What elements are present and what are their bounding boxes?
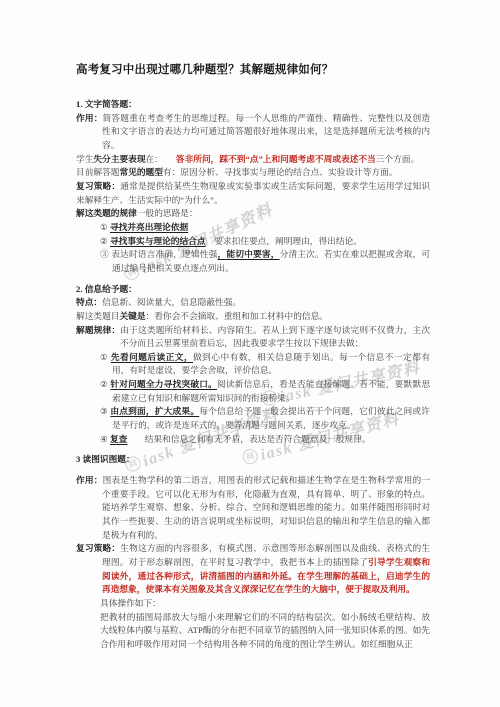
paragraph: 解题规律：由于这类题所给材料长、内容陌生。若从上到下逐字逐句读完则不仅费力，主次… bbox=[76, 324, 430, 351]
list-item: ① 寻找并亮出理论依据 bbox=[100, 221, 430, 235]
list-item: ② 寻找事实与理论的结合点 要求扣住要点，阐明理由，得出结论。 bbox=[100, 235, 430, 249]
paragraph: 具体操作如下： bbox=[100, 597, 430, 611]
paragraph: 解这类题的规律一般的思路是： bbox=[76, 207, 430, 221]
paragraph: 特点：信息新、阅读量大，信息隐蔽性强。 bbox=[76, 296, 430, 310]
section-heading: 2. 信息给予题： bbox=[76, 283, 430, 297]
list-item: ③ 表达时语言准确，逻辑性强，能切中要害，分清主次。若实在难以把握或舍取，可通过… bbox=[100, 248, 430, 275]
list-item: ① 先看问题后读正文，做到心中有数，相关信息随手划出。每一个信息不一定都有用，有… bbox=[100, 351, 430, 378]
section-heading: 3 读图识图题： bbox=[76, 453, 430, 467]
page-title: 高考复习中出现过哪几种题型？其解题规律如何？ bbox=[76, 62, 430, 78]
document-body: 1. 文字简答题：作用：简答题重在考查考生的思维过程。每一个人思维的严谨性、精确… bbox=[76, 98, 430, 652]
paragraph: 作用：图表是生物学科的第二语言，用图表的形式记载和描述生物学在是生物科学常用的一… bbox=[76, 474, 430, 542]
paragraph: 复习策略：通常是提供给某些生物现象或实验事实或生活实际问题，要求学生运用学过知识… bbox=[76, 180, 430, 207]
document-page: 高考复习中出现过哪几种题型？其解题规律如何？ 1. 文字简答题：作用：简答题重在… bbox=[0, 0, 500, 707]
paragraph: 解这类题目关键是：看你会不会摘取、重组和加工材料中的信息。 bbox=[76, 310, 430, 324]
paragraph: 把教材的插图局部放大与缩小来理解它们的不同的结构层次。如小肠绒毛壁结构、放大线粒… bbox=[100, 611, 430, 652]
paragraph: 目前解答题常见的题型有：原因分析、寻找事实与理论的结合点、实验设计等方面。 bbox=[76, 166, 430, 180]
paragraph: 复习策略：生物这方面的内容很多，有模式图、示意图等形态解剖图以及曲线、表格式的生… bbox=[76, 542, 430, 597]
paragraph: 作用：简答题重在考查考生的思维过程。每一个人思维的严谨性、精确性、完整性以及创造… bbox=[76, 112, 430, 153]
list-item: ④ 复查 结果和信息之间有无矛盾，表达是否符合题意及一般规律。 bbox=[100, 433, 430, 447]
list-item: ② 针对问题全力寻找突破口。阅读新信息后，看是否能直接解题。若不能，要默默思索建… bbox=[100, 378, 430, 405]
section-heading: 1. 文字简答题： bbox=[76, 98, 430, 112]
list-item: ③ 由点到面，扩大成果。每个信息给予题一般会提出若干个问题，它们彼此之间或许是平… bbox=[100, 405, 430, 432]
paragraph: 学生失分主要表现在： 答非所问，踩不到“点”上和问题考虑不周或表述不当三个方面。 bbox=[76, 153, 430, 167]
